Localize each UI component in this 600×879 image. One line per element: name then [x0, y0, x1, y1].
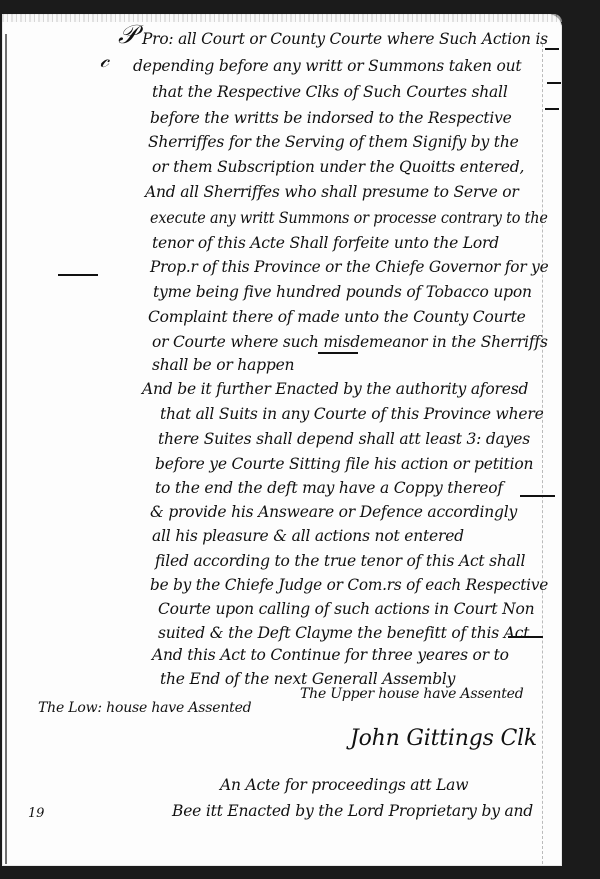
lower-house-assent: The Low: house have Assented	[38, 700, 251, 716]
folio-number: 19	[28, 806, 44, 821]
manuscript-line: depending before any writt or Summons ta…	[133, 57, 521, 75]
line-filler	[545, 108, 559, 110]
manuscript-line: suited & the Deft Clayme the benefitt of…	[158, 624, 529, 642]
line-filler	[318, 352, 358, 354]
manuscript-line: all his pleasure & all actions not enter…	[152, 527, 464, 545]
manuscript-line: Complaint there of made unto the County …	[148, 308, 526, 326]
margin-pointer-line	[58, 274, 98, 276]
manuscript-line: execute any writt Summons or processe co…	[150, 209, 548, 227]
manuscript-line: before the writts be indorsed to the Res…	[150, 109, 512, 127]
manuscript-line: or Courte where such misdemeanor in the …	[152, 333, 548, 351]
page-left-edge	[5, 34, 10, 864]
upper-house-assent: The Upper house have Assented	[300, 686, 523, 702]
manuscript-line: Prop.r of this Province or the Chiefe Go…	[150, 258, 548, 276]
manuscript-line: Pro: all Court or County Courte where Su…	[142, 30, 548, 48]
line-filler	[520, 495, 555, 497]
manuscript-line: Sherriffes for the Serving of them Signi…	[148, 133, 519, 151]
manuscript-line: or them Subscription under the Quoitts e…	[152, 158, 524, 176]
manuscript-line: Courte upon calling of such actions in C…	[158, 600, 534, 618]
manuscript-line: tenor of this Acte Shall forfeite unto t…	[152, 234, 499, 252]
manuscript-line: And all Sherriffes who shall presume to …	[145, 183, 519, 201]
manuscript-line: And be it further Enacted by the authori…	[142, 380, 528, 398]
manuscript-line: that all Suits in any Courte of this Pro…	[160, 405, 544, 423]
line-filler	[547, 82, 561, 84]
manuscript-line: there Suites shall depend shall att leas…	[158, 430, 530, 448]
next-act-first-line: Bee itt Enacted by the Lord Proprietary …	[172, 802, 533, 820]
initial-flourish: 𝒫	[118, 20, 137, 51]
manuscript-line: filed according to the true tenor of thi…	[155, 552, 525, 570]
page-right-edge	[542, 44, 547, 864]
next-act-title: An Acte for proceedings att Law	[220, 776, 468, 794]
manuscript-line: shall be or happen	[152, 356, 294, 374]
margin-flourish: 𝒸	[100, 48, 109, 73]
clerk-signature: John Gittings Clk	[350, 726, 537, 751]
manuscript-line: & provide his Answeare or Defence accord…	[150, 503, 517, 521]
line-filler	[545, 48, 559, 50]
manuscript-line: that the Respective Clks of Such Courtes…	[152, 83, 508, 101]
manuscript-line: be by the Chiefe Judge or Com.rs of each…	[150, 576, 548, 594]
manuscript-line: tyme being five hundred pounds of Tobacc…	[153, 283, 532, 301]
manuscript-line: before ye Courte Sitting file his action…	[155, 455, 533, 473]
manuscript-line: to the end the deft may have a Coppy the…	[155, 479, 503, 497]
manuscript-line: And this Act to Continue for three yeare…	[152, 646, 509, 664]
